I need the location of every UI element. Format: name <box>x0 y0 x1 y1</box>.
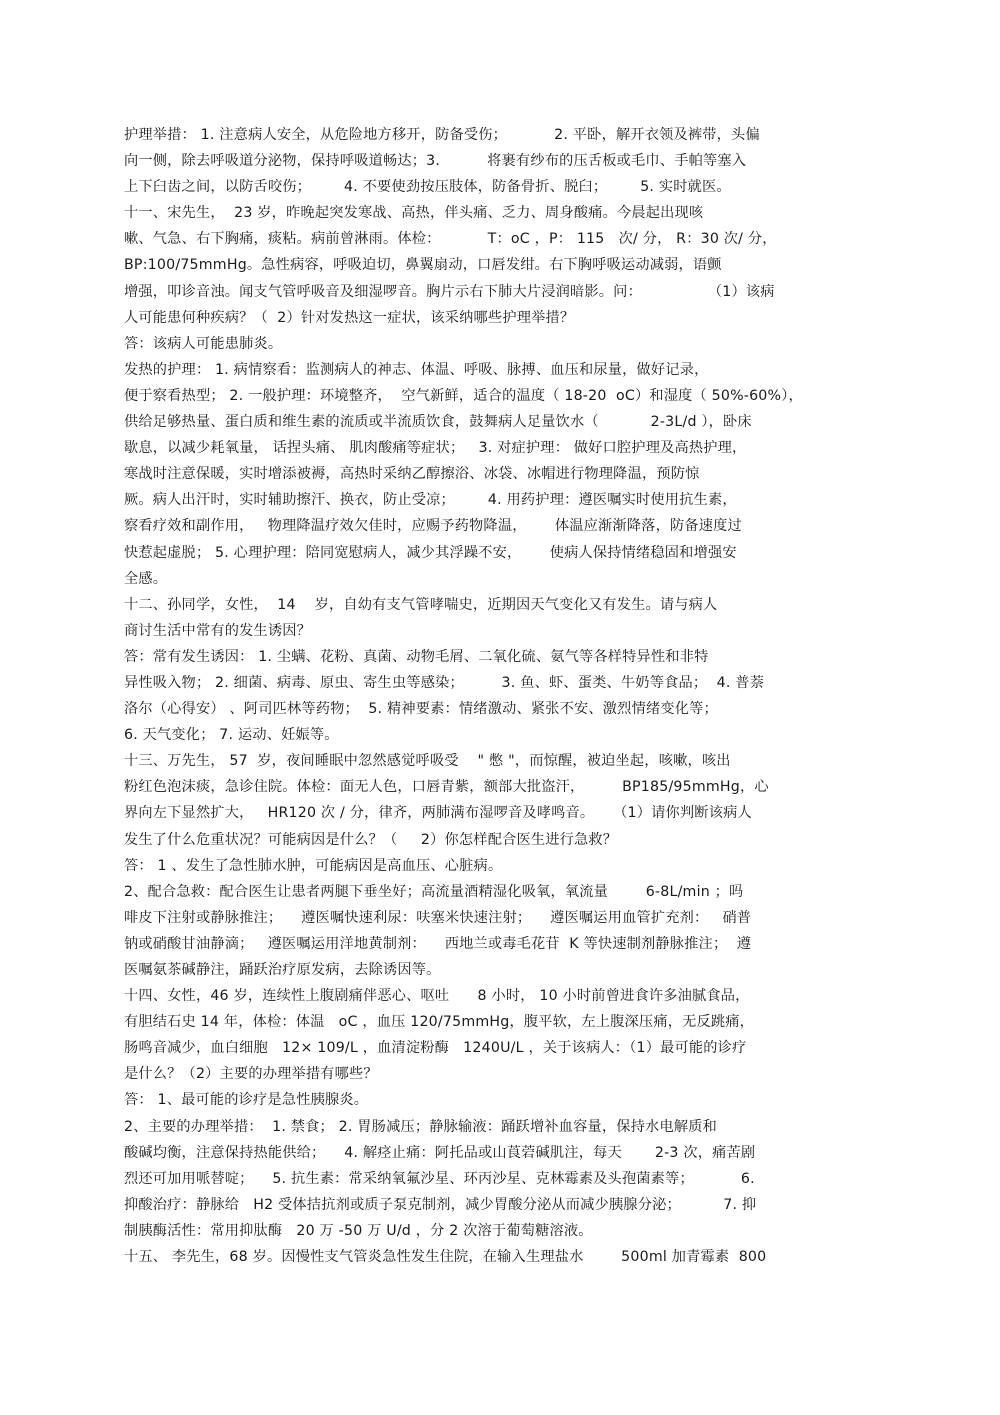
text-line: 发生了什么危重状况？可能病因是什么？（ 2）你怎样配合医生进行急救？ <box>124 827 850 853</box>
text-line: 厥。病人出汗时，实时辅助擦汗、换衣，防止受凉； 4. 用药护理：遵医嘱实时使用抗… <box>124 487 850 513</box>
text-line: 答： 1、最可能的诊疗是急性胰腺炎。 <box>124 1087 850 1113</box>
text-line: 十一、宋先生， 23 岁，昨晚起突发寒战、高热，伴头痛、乏力、周身酸痛。今晨起出… <box>124 200 850 226</box>
text-line: 粉红色泡沫痰，急诊住院。体检：面无人色，口唇青紫，额部大批盗汗， BP185/9… <box>124 774 850 800</box>
text-line: 酸碱均衡，注意保持热能供给； 4. 解痉止痛：阿托品或山莨菪碱肌注，每天 2-3… <box>124 1140 850 1166</box>
text-line: 2、主要的办理举措： 1. 禁食； 2. 胃肠减压；静脉输液：踊跃增补血容量，保… <box>124 1114 850 1140</box>
text-line: 医嘱氨茶碱静注，踊跃治疗原发病，去除诱因等。 <box>124 957 850 983</box>
text-line: 上下臼齿之间，以防舌咬伤； 4. 不要使劲按压肢体，防备骨折、脱臼； 5. 实时… <box>124 174 850 200</box>
text-line: 烈还可加用哌替啶； 5. 抗生素：常采纳氧氟沙星、环丙沙星、克林霉素及头孢菌素等… <box>124 1166 850 1192</box>
text-line: 答：常有发生诱因： 1. 尘螨、花粉、真菌、动物毛屑、二氧化硫、氨气等各样特异性… <box>124 644 850 670</box>
text-line: 快惹起虚脱； 5. 心理护理：陪同宽慰病人，减少其浮躁不安， 使病人保持情绪稳固… <box>124 540 850 566</box>
text-line: 察看疗效和副作用， 物理降温疗效欠佳时，应赐予药物降温， 体温应渐渐降落，防备速… <box>124 513 850 539</box>
text-line: 便于察看热型； 2. 一般护理：环境整齐， 空气新鲜，适合的温度（ 18-20 … <box>124 383 850 409</box>
section-case-13: 十三、万先生， 57 岁，夜间睡眠中忽然感觉呼吸受 " 憋 "，而惊醒，被迫坐起… <box>124 748 850 983</box>
text-line: 人可能患何种疾病？（ 2）针对发热这一症状，该采纳哪些护理举措？ <box>124 305 850 331</box>
text-line: BP:100/75mmHg。急性病容，呼吸迫切，鼻翼扇动，口唇发绀。右下胸呼吸运… <box>124 252 850 278</box>
text-line: 肠鸣音减少，血白细胞 12× 109/L ，血清淀粉酶 1240U/L ，关于该… <box>124 1035 850 1061</box>
text-line: 2、配合急救：配合医生让患者两腿下垂坐好；高流量酒精湿化吸氧，氧流量 6-8L/… <box>124 879 850 905</box>
text-line: 啡皮下注射或静脉推注； 遵医嘱快速利尿：呋塞米快速注射； 遵医嘱运用血管扩充剂：… <box>124 905 850 931</box>
section-case-15: 十五、 李先生，68 岁。因慢性支气管炎急性发生住院，在输入生理盐水 500ml… <box>124 1244 850 1270</box>
text-line: 十四、女性，46 岁，连续性上腹剧痛伴恶心、呕吐 8 小时， 10 小时前曾进食… <box>124 983 850 1009</box>
text-line: 歇息，以减少耗氧量， 话捏头痛、 肌肉酸痛等症状； 3. 对症护理： 做好口腔护… <box>124 435 850 461</box>
text-line: 全感。 <box>124 566 850 592</box>
text-line: 向一侧，除去呼吸道分泌物，保持呼吸道畅达；3. 将裹有纱布的压舌板或毛巾、手帕等… <box>124 148 850 174</box>
text-line: 异性吸入物； 2. 细菌、病毒、原虫、寄生虫等感染； 3. 鱼、虾、蛋类、牛奶等… <box>124 670 850 696</box>
text-line: 供给足够热量、蛋白质和维生素的流质或半流质饮食，鼓舞病人足量饮水（ 2-3L/d… <box>124 409 850 435</box>
text-line: 洛尔（心得安） 、阿司匹林等药物； 5. 精神要素：情绪激动、紧张不安、激烈情绪… <box>124 696 850 722</box>
section-case-11: 十一、宋先生， 23 岁，昨晚起突发寒战、高热，伴头痛、乏力、周身酸痛。今晨起出… <box>124 200 850 591</box>
text-line: 制胰酶活性：常用抑肽酶 20 万 -50 万 U/d ，分 2 次溶于葡萄糖溶液… <box>124 1218 850 1244</box>
text-line: 有胆结石史 14 年，体检：体温 oC ，血压 120/75mmHg，腹平软，左… <box>124 1009 850 1035</box>
text-line: 答： 1 、发生了急性肺水肿，可能病因是高血压、心脏病。 <box>124 853 850 879</box>
document-page: 护理举措： 1. 注意病人安全，从危险地方移开，防备受伤； 2. 平卧，解开衣领… <box>124 122 850 1270</box>
text-line: 6. 天气变化； 7. 运动、妊娠等。 <box>124 722 850 748</box>
text-line: 护理举措： 1. 注意病人安全，从危险地方移开，防备受伤； 2. 平卧，解开衣领… <box>124 122 850 148</box>
text-line: 答：该病人可能患肺炎。 <box>124 331 850 357</box>
text-line: 嗽、气急、右下胸痛，痰粘。病前曾淋雨。体检： T：oC ，P： 115 次/ 分… <box>124 226 850 252</box>
text-line: 是什么？（2）主要的办理举措有哪些？ <box>124 1061 850 1087</box>
text-line: 抑酸治疗：静脉给 H2 受体拮抗剂或质子泵克制剂，减少胃酸分泌从而减少胰腺分泌；… <box>124 1192 850 1218</box>
text-line: 十五、 李先生，68 岁。因慢性支气管炎急性发生住院，在输入生理盐水 500ml… <box>124 1244 850 1270</box>
section-case-14: 十四、女性，46 岁，连续性上腹剧痛伴恶心、呕吐 8 小时， 10 小时前曾进食… <box>124 983 850 1244</box>
text-line: 发热的护理： 1. 病情察看：监测病人的神志、体温、呼吸、脉搏、血压和尿量，做好… <box>124 357 850 383</box>
text-line: 界向左下显然扩大， HR120 次 / 分，律齐，两肺满布湿啰音及哮鸣音。 （1… <box>124 800 850 826</box>
text-line: 十二、孙同学，女性， 14 岁，自幼有支气管哮喘史，近期因天气变化又有发生。请与… <box>124 592 850 618</box>
text-line: 十三、万先生， 57 岁，夜间睡眠中忽然感觉呼吸受 " 憋 "，而惊醒，被迫坐起… <box>124 748 850 774</box>
text-line: 增强，叩诊音浊。闻支气管呼吸音及细湿啰音。胸片示右下肺大片浸润暗影。问： （1）… <box>124 279 850 305</box>
section-seizure-care: 护理举措： 1. 注意病人安全，从危险地方移开，防备受伤； 2. 平卧，解开衣领… <box>124 122 850 200</box>
text-line: 钠或硝酸甘油静滴； 遵医嘱运用洋地黄制剂： 西地兰或毒毛花苷 K 等快速制剂静脉… <box>124 931 850 957</box>
section-case-12: 十二、孙同学，女性， 14 岁，自幼有支气管哮喘史，近期因天气变化又有发生。请与… <box>124 592 850 749</box>
text-line: 商讨生活中常有的发生诱因？ <box>124 618 850 644</box>
text-line: 寒战时注意保暖，实时增添被褥，高热时采纳乙醇擦浴、冰袋、冰帽进行物理降温，预防惊 <box>124 461 850 487</box>
